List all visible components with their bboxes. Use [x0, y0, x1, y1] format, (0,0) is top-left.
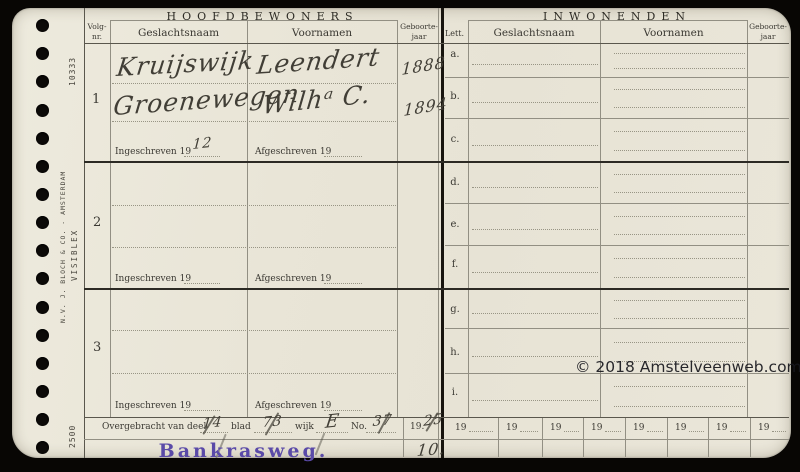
rule [403, 417, 404, 457]
lodger-letter: f. [443, 259, 467, 270]
rule [708, 417, 709, 457]
year-cell-label: 19 [550, 423, 561, 433]
writing-line [614, 406, 745, 407]
punch-hole [36, 132, 49, 145]
punch-hole [36, 19, 49, 32]
writing-line [614, 89, 745, 90]
name-writing-line [112, 330, 396, 331]
column-header-geboortejaar: Geboorte- jaar [397, 22, 441, 42]
column-header-volgnr-line2: nr. [92, 32, 102, 41]
punch-hole [36, 385, 49, 398]
afgeschreven-dots [324, 283, 362, 284]
blad-dots [254, 432, 292, 433]
year-cell-dots [605, 431, 621, 432]
afgeschreven-dots [324, 156, 362, 157]
year-cell-dots [469, 431, 493, 432]
wijk-label: wijk [295, 422, 314, 432]
rule [583, 417, 584, 457]
printer-company-imprint: N.V. J. BLOCH & CO. - AMSTERDAM [59, 153, 67, 323]
rule [445, 328, 789, 329]
writing-line [614, 258, 745, 259]
serial-number-bottom: 2500 [68, 406, 77, 448]
rule [498, 417, 499, 457]
rule [84, 43, 789, 44]
writing-line [614, 277, 745, 278]
punch-hole [36, 441, 49, 454]
ingeschreven-dots [184, 283, 220, 284]
ingeschreven-label: Ingeschreven 19 [115, 147, 191, 157]
lodger-letter: h. [443, 347, 467, 358]
year-cell-label: 19 [455, 423, 466, 433]
afgeschreven-label: Afgeschreven 19 [255, 274, 331, 284]
year-cell-label: 19 [716, 423, 727, 433]
punch-hole [36, 160, 49, 173]
name-writing-line [112, 373, 396, 374]
ingeschreven-label: Ingeschreven 19 [115, 401, 191, 411]
rule [110, 20, 111, 417]
rule [542, 417, 543, 457]
rule [625, 417, 626, 457]
handwritten-ingeschreven-year: 12 [192, 135, 213, 153]
lodger-letter: g. [443, 304, 467, 315]
no-label: No. [351, 422, 367, 432]
rule [84, 161, 789, 163]
punch-hole [36, 216, 49, 229]
year-cell-label: 19 [633, 423, 644, 433]
no-dots [366, 432, 396, 433]
year-cell-label: 19 [675, 423, 686, 433]
writing-line [472, 272, 598, 273]
writing-line [614, 131, 745, 132]
column-header-geslachtsnaam: Geslachtsnaam [110, 27, 247, 39]
writing-line [472, 356, 598, 357]
writing-line [614, 53, 745, 54]
writing-line [614, 234, 745, 235]
serial-number-top: 10333 [68, 24, 77, 86]
rule [445, 245, 789, 246]
column-header-geboortejaar-inw-line2: jaar [761, 32, 776, 41]
writing-line [472, 187, 598, 188]
name-writing-line [112, 205, 396, 206]
writing-line [614, 318, 745, 319]
lodger-letter: e. [443, 219, 467, 230]
scanned-register-card-photo: { "card": { "serial_top": "10333", "seri… [0, 0, 800, 472]
writing-line [614, 150, 745, 151]
writing-line [614, 386, 745, 387]
writing-line [472, 313, 598, 314]
afgeschreven-label: Afgeschreven 19 [255, 401, 331, 411]
ingeschreven-dots [184, 410, 220, 411]
column-header-volgnr: Volg- nr. [84, 22, 110, 42]
writing-line [614, 216, 745, 217]
register-card: 10333 N.V. J. BLOCH & CO. - AMSTERDAM VI… [12, 8, 791, 458]
year-cell-label: 19 [591, 423, 602, 433]
writing-line [614, 174, 745, 175]
rule [247, 20, 248, 417]
writing-line [472, 400, 598, 401]
handwritten-geboortejaar: 1888 [401, 53, 446, 79]
handwritten-voornamen: Leendert [255, 42, 382, 80]
column-header-voornamen: Voornamen [247, 27, 397, 39]
writing-line [614, 342, 745, 343]
year-cell-label: 19 [758, 423, 769, 433]
name-writing-line [112, 121, 396, 122]
rule [445, 118, 789, 119]
writing-line [614, 68, 745, 69]
rule [397, 20, 398, 417]
right-panel-title: INWONENDEN [445, 10, 789, 23]
writing-line [472, 102, 598, 103]
punch-hole [36, 188, 49, 201]
street-name: Bankrasweg. [84, 440, 403, 462]
punch-hole [36, 272, 49, 285]
column-header-geboortejaar-line1: Geboorte- [400, 22, 438, 31]
column-header-lett: Lett. [441, 29, 468, 39]
punch-hole [36, 357, 49, 370]
handwritten-wijk: E [324, 410, 341, 433]
handwritten-house-number: 10. [416, 439, 446, 460]
afgeschreven-label: Afgeschreven 19 [255, 147, 331, 157]
column-header-volgnr-line1: Volg- [88, 22, 107, 31]
year-cell-dots [730, 431, 746, 432]
handwritten-geslachtsnaam: Kruijswijk [115, 46, 256, 82]
column-header-geboortejaar-line2: jaar [412, 32, 427, 41]
name-writing-line [112, 247, 396, 248]
ingeschreven-label: Ingeschreven 19 [115, 274, 191, 284]
column-header-geboortejaar-inw-line1: Geboorte- [749, 22, 787, 31]
rule [84, 8, 85, 458]
column-header-geslachtsnaam-inwonenden: Geslachtsnaam [468, 27, 600, 39]
rule [438, 8, 439, 458]
lodger-letter: b. [443, 91, 467, 102]
row-number: 1 [92, 92, 100, 107]
rule [468, 20, 469, 417]
punch-hole [36, 301, 49, 314]
left-panel-title: HOOFDBEWONERS [84, 10, 441, 23]
row-number: 2 [93, 215, 101, 230]
overgebracht-label: Overgebracht van deel [102, 422, 206, 432]
printer-brand-imprint: VISIBLEX [70, 196, 79, 281]
year-cell-label: 19 [506, 423, 517, 433]
year-cell-dots [520, 431, 538, 432]
column-header-geboortejaar-inwonenden: Geboorte- jaar [747, 22, 789, 42]
lodger-letter: d. [443, 177, 467, 188]
writing-line [614, 300, 745, 301]
year-cell-dots [772, 431, 786, 432]
lodger-letter: i. [443, 387, 467, 398]
punch-hole [36, 104, 49, 117]
rule [667, 417, 668, 457]
year-cell-dots [689, 431, 704, 432]
punch-hole [36, 329, 49, 342]
writing-line [614, 192, 745, 193]
ingeschreven-dots [184, 156, 220, 157]
copyright-watermark: © 2018 Amstelveenweb.com [575, 358, 800, 376]
column-header-voornamen-inwonenden: Voornamen [600, 27, 747, 39]
blad-label: blad [231, 422, 251, 432]
rule [445, 77, 789, 78]
rule [445, 203, 789, 204]
punch-hole [36, 47, 49, 60]
punch-hole [36, 244, 49, 257]
year-cell-dots [647, 431, 663, 432]
punch-hole [36, 75, 49, 88]
rule [750, 417, 751, 457]
lodger-letter: a. [443, 49, 467, 60]
rule [84, 288, 789, 290]
writing-line [614, 107, 745, 108]
row-number: 3 [93, 340, 101, 355]
writing-line [472, 229, 598, 230]
writing-line [472, 145, 598, 146]
year-cell-dots [564, 431, 579, 432]
lodger-letter: c. [443, 134, 467, 145]
punch-hole [36, 413, 49, 426]
writing-line [472, 64, 598, 65]
